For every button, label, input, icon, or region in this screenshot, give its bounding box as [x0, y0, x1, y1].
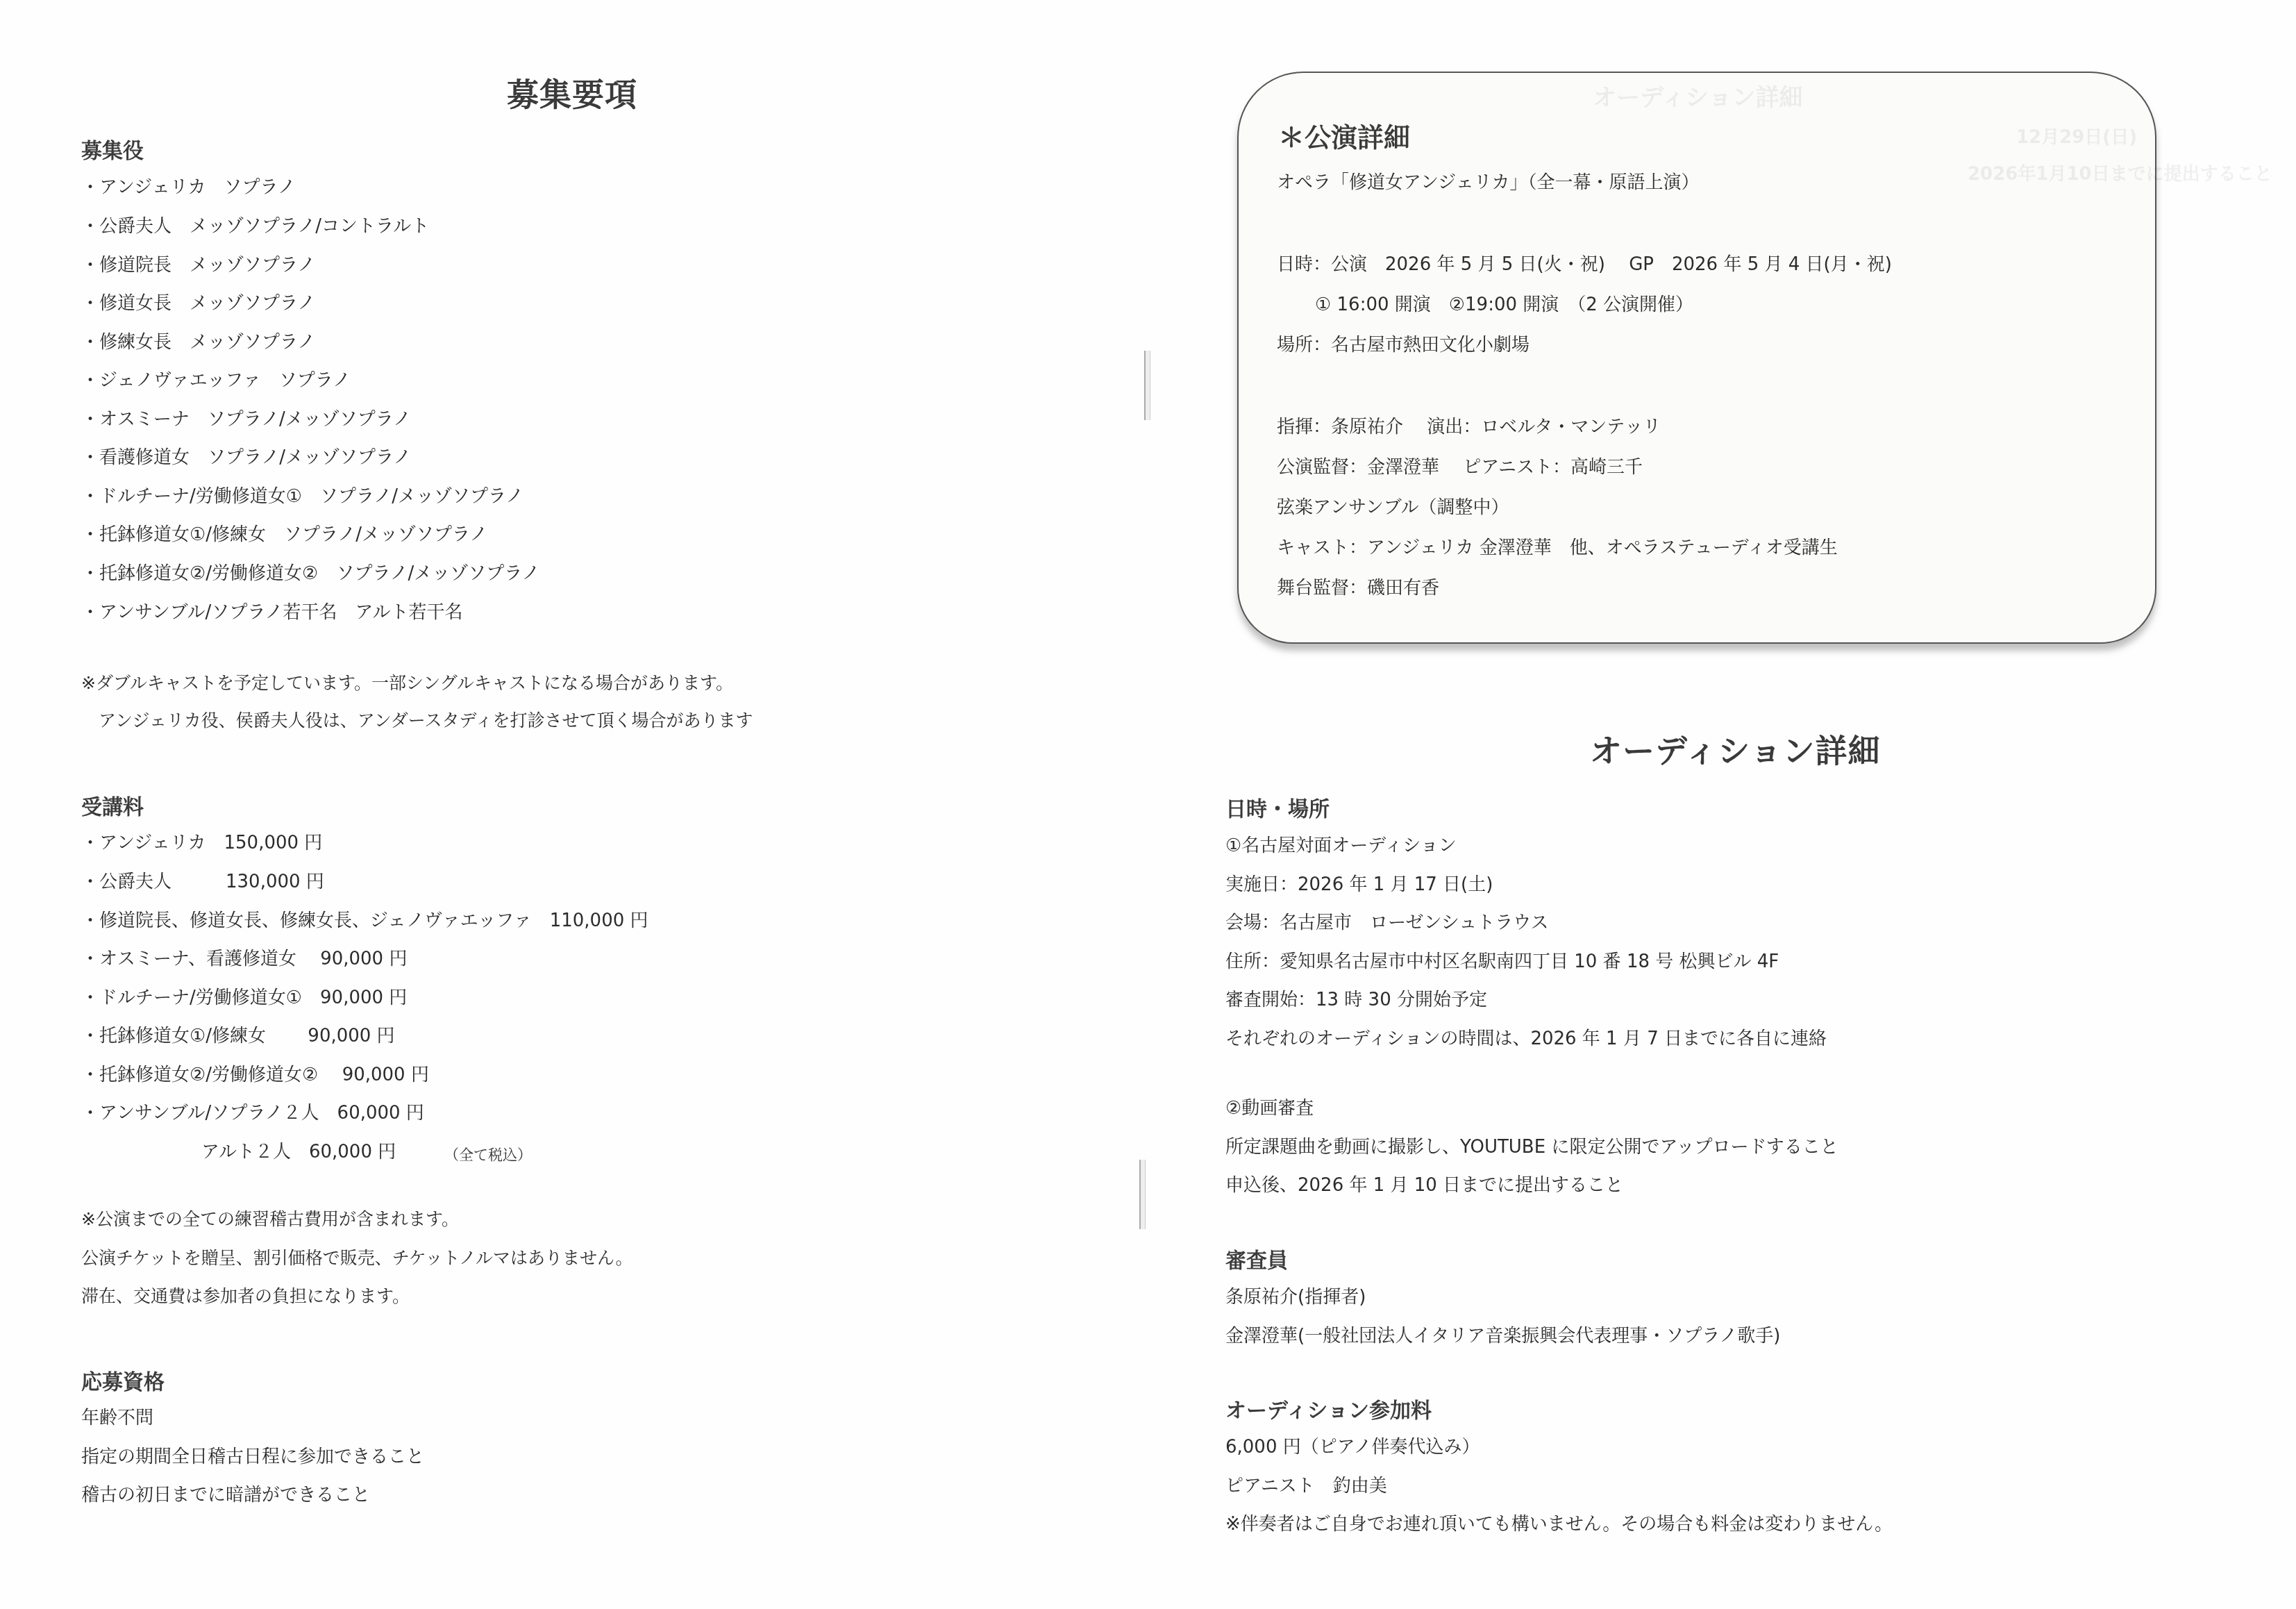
staple-mark: [1139, 1160, 1146, 1229]
bleed-through-text: オーディション詳細: [1593, 78, 1803, 112]
role-item: ・托鉢修道女②/労働修道女② ソプラノ/メッゾソプラノ: [81, 562, 540, 585]
audition-fee-amount: 6,000 円（ピアノ伴奏代込み）: [1225, 1436, 1480, 1458]
performance-details-box: オーディション詳細 12月29日(日) 2026年1月10日までに提出すること …: [1237, 72, 2156, 644]
left-page: 募集要項 募集役 ・アンジェリカ ソプラノ ・公爵夫人 メッゾソプラノ/コントラ…: [0, 0, 1146, 1609]
fee-note: 滞在、交通費は参加者の負担になります。: [81, 1285, 410, 1308]
performance-heading: ＊公演詳細: [1278, 116, 1410, 154]
performance-venue: 場所：名古屋市熱田文化小劇場: [1277, 334, 1530, 356]
role-item: ・ドルチーナ/労働修道女① ソプラノ/メッゾソプラノ: [81, 485, 523, 508]
eligibility-item: 指定の期間全日稽古日程に参加できること: [81, 1446, 424, 1468]
role-item: ・アンサンブル/ソプラノ若干名 アルト若干名: [81, 601, 463, 624]
fee-item: ・ドルチーナ/労働修道女① 90,000 円: [81, 987, 407, 1009]
video-audition-deadline: 申込後、2026 年 1 月 10 日までに提出すること: [1225, 1174, 1623, 1197]
fee-note: ※公演までの全ての練習稽古費用が含まれます。: [81, 1208, 459, 1231]
role-item: ・修練女長 メッゾソプラノ: [81, 331, 315, 353]
roles-heading: 募集役: [81, 133, 144, 164]
fee-item: ・托鉢修道女②/労働修道女② 90,000 円: [81, 1064, 429, 1086]
nagoya-audition-contact: それぞれのオーディションの時間は、2026 年 1 月 7 日までに各自に連絡: [1225, 1028, 1827, 1050]
string-ensemble: 弦楽アンサンブル（調整中）: [1277, 497, 1509, 519]
nagoya-audition-venue: 会場：名古屋市 ローゼンシュトラウス: [1225, 912, 1549, 934]
recruitment-title: 募集要項: [507, 69, 637, 115]
role-item: ・修道院長 メッゾソプラノ: [81, 254, 315, 276]
eligibility-heading: 応募資格: [81, 1365, 165, 1395]
video-audition-instruction: 所定課題曲を動画に撮影し、YOUTUBE に限定公開でアップロードすること: [1225, 1136, 1838, 1158]
role-item: ・オスミーナ ソプラノ/メッゾソプラノ: [81, 408, 411, 431]
datetime-heading: 日時・場所: [1225, 792, 1330, 822]
bleed-through-text: 2026年1月10日までに提出すること: [1968, 160, 2272, 185]
role-item: ・托鉢修道女①/修練女 ソプラノ/メッゾソプラノ: [81, 524, 487, 546]
eligibility-item: 年齢不問: [81, 1407, 153, 1429]
performance-date: 日時：公演 2026 年 5 月 5 日(火・祝) GP 2026 年 5 月 …: [1277, 253, 1892, 276]
supervisor-pianist: 公演監督：金澤澄華 ピアニスト：高崎三千: [1277, 456, 1643, 478]
fee-item-alto: アルト２人 60,000 円: [201, 1141, 396, 1163]
fee-item: ・公爵夫人 130,000 円: [81, 871, 324, 893]
role-item: ・ジェノヴァエッファ ソプラノ: [81, 369, 351, 392]
audition-pianist: ピアニスト 釣由美: [1225, 1475, 1387, 1497]
fee-note: 公演チケットを贈呈、割引価格で販売、チケットノルマはありません。: [81, 1247, 633, 1269]
role-item: ・公爵夫人 メッゾソプラノ/コントラルト: [81, 215, 429, 237]
judge-item: 金澤澄華(一般社団法人イタリア音楽振興会代表理事・ソプラノ歌手): [1225, 1325, 1781, 1347]
conductor-director: 指揮：条原祐介 演出：ロベルタ・マンテッリ: [1277, 416, 1661, 438]
video-audition-label: ②動画審査: [1225, 1097, 1314, 1119]
bleed-through-text: 12月29日(日): [2016, 123, 2137, 149]
accompanist-note: ※伴奏者はご自身でお連れ頂いても構いません。その場合も料金は変わりません。: [1225, 1513, 1893, 1535]
audition-fee-heading: オーディション参加料: [1225, 1393, 1432, 1424]
judges-heading: 審査員: [1225, 1243, 1288, 1274]
eligibility-item: 稽古の初日までに暗譜ができること: [81, 1484, 370, 1506]
fees-heading: 受講料: [81, 790, 144, 820]
tax-included-note: （全て税込）: [444, 1144, 532, 1166]
staple-mark: [1144, 351, 1150, 420]
judge-item: 条原祐介(指揮者): [1225, 1286, 1366, 1308]
opera-title: オペラ「修道女アンジェリカ」（全一幕・原語上演）: [1277, 172, 1700, 194]
audition-title: オーディション詳細: [1590, 726, 1880, 772]
double-cast-note: ※ダブルキャストを予定しています。一部シングルキャストになる場合があります。: [81, 672, 733, 694]
fee-item: ・アンジェリカ 150,000 円: [81, 832, 322, 854]
role-item: ・修道女長 メッゾソプラノ: [81, 292, 315, 315]
cast-line: キャスト：アンジェリカ 金澤澄華 他、オペラステューディオ受講生: [1277, 537, 1838, 559]
nagoya-audition-start: 審査開始：13 時 30 分開始予定: [1225, 989, 1487, 1011]
nagoya-audition-address: 住所：愛知県名古屋市中村区名駅南四丁目 10 番 18 号 松興ビル 4F: [1225, 951, 1779, 973]
performance-times: ① 16:00 開演 ②19:00 開演 （2 公演開催）: [1315, 294, 1693, 316]
stage-manager: 舞台監督：磯田有香: [1277, 577, 1439, 599]
fee-item: ・托鉢修道女①/修練女 90,000 円: [81, 1025, 395, 1047]
role-item: ・看護修道女 ソプラノ/メッゾソプラノ: [81, 447, 411, 469]
nagoya-audition-label: ①名古屋対面オーディション: [1225, 835, 1457, 857]
nagoya-audition-date: 実施日：2026 年 1 月 17 日(土): [1225, 874, 1493, 896]
fee-item: ・修道院長、修道女長、修練女長、ジェノヴァエッファ 110,000 円: [81, 910, 648, 932]
fee-item: ・アンサンブル/ソプラノ２人 60,000 円: [81, 1102, 424, 1124]
understudy-note: アンジェリカ役、侯爵夫人役は、アンダースタディを打診させて頂く場合があります: [81, 710, 753, 732]
role-item: ・アンジェリカ ソプラノ: [81, 176, 296, 199]
fee-item: ・オスミーナ、看護修道女 90,000 円: [81, 948, 407, 970]
